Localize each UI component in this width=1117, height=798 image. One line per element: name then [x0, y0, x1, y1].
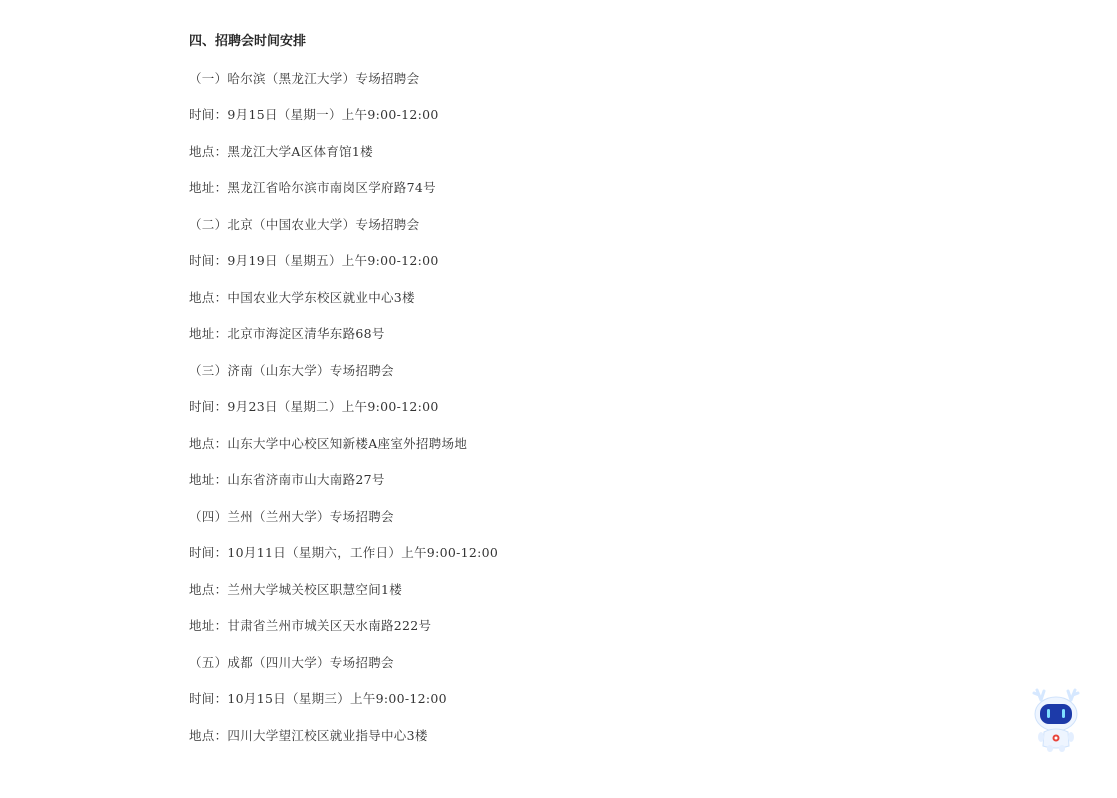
fair-venue-jinan: 地点：山东大学中心校区知新楼A座室外招聘场地: [189, 432, 949, 469]
robot-assistant-icon: [1031, 686, 1081, 754]
fair-title-chengdu: （五）成都（四川大学）专场招聘会: [189, 651, 949, 688]
fair-venue-beijing: 地点：中国农业大学东校区就业中心3楼: [189, 286, 949, 323]
fair-title-harbin: （一）哈尔滨（黑龙江大学）专场招聘会: [189, 67, 949, 104]
fair-venue-chengdu: 地点：四川大学望江校区就业指导中心3楼: [189, 724, 949, 761]
document-content: 四、招聘会时间安排 （一）哈尔滨（黑龙江大学）专场招聘会 时间：9月15日（星期…: [189, 30, 949, 760]
fair-title-jinan: （三）济南（山东大学）专场招聘会: [189, 359, 949, 396]
fair-time-beijing: 时间：9月19日（星期五）上午9:00-12:00: [189, 249, 949, 286]
fair-address-lanzhou: 地址：甘肃省兰州市城关区天水南路222号: [189, 614, 949, 651]
fair-venue-lanzhou: 地点：兰州大学城关校区职慧空间1楼: [189, 578, 949, 615]
section-heading: 四、招聘会时间安排: [189, 30, 949, 67]
ai-assistant-button[interactable]: [1031, 686, 1081, 754]
fair-title-beijing: （二）北京（中国农业大学）专场招聘会: [189, 213, 949, 250]
fair-time-lanzhou: 时间：10月11日（星期六，工作日）上午9:00-12:00: [189, 541, 949, 578]
fair-time-harbin: 时间：9月15日（星期一）上午9:00-12:00: [189, 103, 949, 140]
fair-venue-harbin: 地点：黑龙江大学A区体育馆1楼: [189, 140, 949, 177]
fair-address-jinan: 地址：山东省济南市山大南路27号: [189, 468, 949, 505]
fair-title-lanzhou: （四）兰州（兰州大学）专场招聘会: [189, 505, 949, 542]
fair-time-jinan: 时间：9月23日（星期二）上午9:00-12:00: [189, 395, 949, 432]
fair-address-harbin: 地址：黑龙江省哈尔滨市南岗区学府路74号: [189, 176, 949, 213]
fair-time-chengdu: 时间：10月15日（星期三）上午9:00-12:00: [189, 687, 949, 724]
fair-address-beijing: 地址：北京市海淀区清华东路68号: [189, 322, 949, 359]
